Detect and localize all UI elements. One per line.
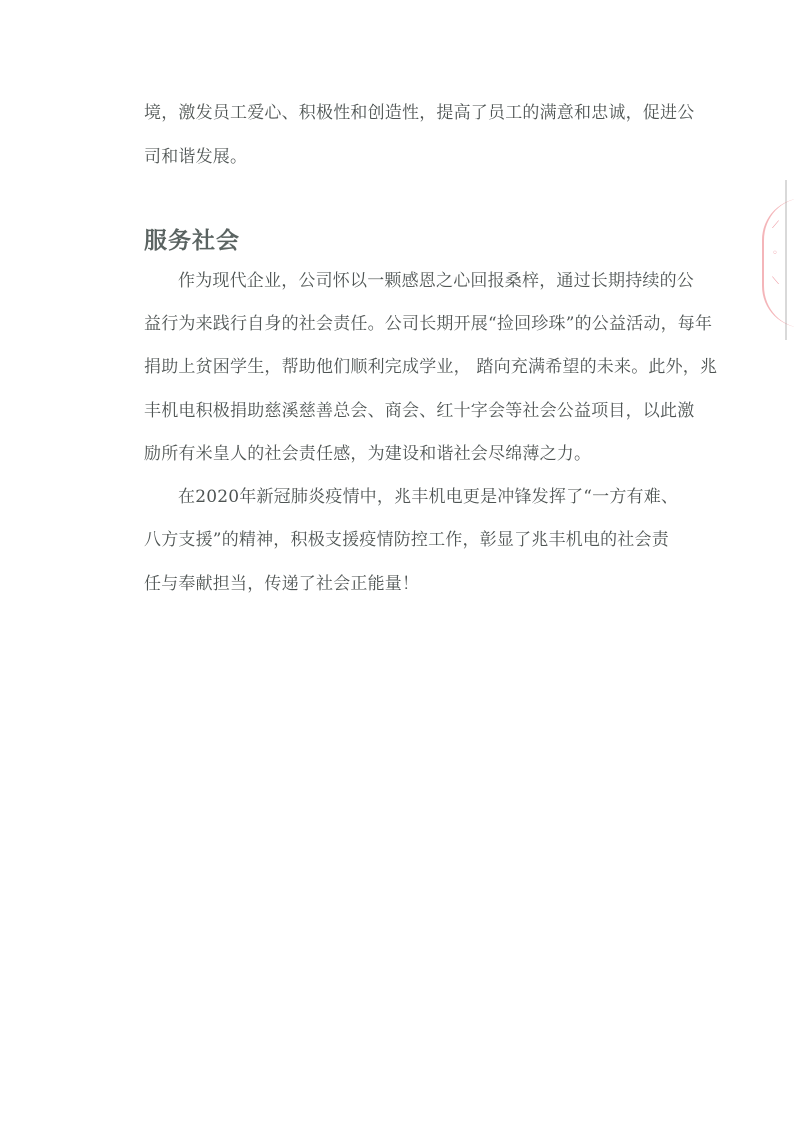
paragraph-1-line-5: 励所有米皇人的社会责任感，为建设和谐社会尽绵薄之力。: [144, 444, 591, 464]
paragraph-1-line-3: 捐助上贫困学生，帮助他们顺利完成学业， 踏向充满希望的未来。此外，兆: [144, 357, 717, 377]
intro-line-2: 司和谐发展。: [144, 147, 247, 167]
paragraph-1-line-4: 丰机电积极捐助慈溪慈善总会、商会、红十字会等社会公益项目，以此激: [144, 401, 694, 421]
section-heading: 服务社会: [144, 222, 240, 255]
document-page: 境，激发员工爱心、积极性和创造性，提高了员工的满意和忠诚，促进公 司和谐发展。 …: [0, 0, 794, 1123]
paragraph-2-line-2: 八方支援”的精神，积极支援疫情防控工作，彰显了兆丰机电的社会责: [144, 530, 669, 550]
paragraph-1-line-1: 作为现代企业，公司怀以一颗感恩之心回报桑梓，通过长期持续的公: [178, 271, 694, 291]
paragraph-2-line-3: 任与奉献担当，传递了社会正能量！: [144, 574, 419, 594]
paragraph-2-line-1: 在2020年新冠肺炎疫情中，兆丰机电更是冲锋发挥了“一方有难、: [178, 487, 678, 507]
paragraph-1-line-2: 益行为来践行自身的社会责任。公司长期开展“捡回珍珠”的公益活动，每年: [144, 314, 712, 334]
intro-line-1: 境，激发员工爱心、积极性和创造性，提高了员工的满意和忠诚，促进公: [144, 103, 694, 123]
red-seal-stamp-icon: ⟋ ◦ ⟍: [762, 198, 794, 328]
